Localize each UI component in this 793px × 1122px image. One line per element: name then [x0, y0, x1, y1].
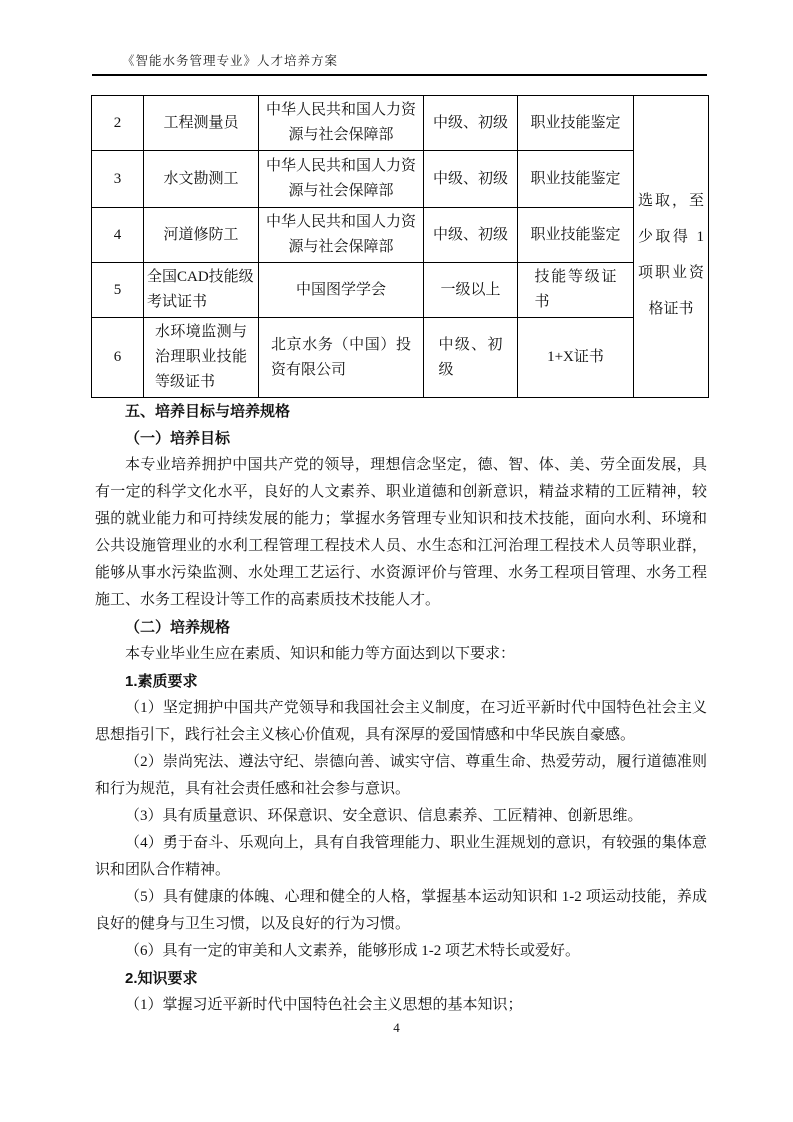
requirement-note-text: 选取，至少取得 1 项职业资格证书: [638, 183, 704, 327]
page-header: 《智能水务管理专业》人才培养方案: [92, 50, 707, 76]
quality-item: （1）坚定拥护中国共产党领导和我国社会主义制度，在习近平新时代中国特色社会主义思…: [95, 695, 707, 749]
cell-requirement-note: 选取，至少取得 1 项职业资格证书: [634, 96, 709, 398]
document-body: 五、培养目标与培养规格 （一）培养目标 本专业培养拥护中国共产党的领导，理想信念…: [95, 398, 707, 1019]
cell-certificate-name: 工程测量员: [144, 96, 259, 151]
cell-certificate-name: 水环境监测与治理职业技能等级证书: [144, 318, 259, 398]
certificate-type-text: 技能等级证书: [535, 265, 617, 315]
cell-row-number: 5: [92, 263, 144, 318]
cell-row-number: 4: [92, 208, 144, 263]
table-row: 3 水文勘测工 中华人民共和国人力资源与社会保障部 中级、初级 职业技能鉴定: [92, 151, 709, 208]
cell-row-number: 6: [92, 318, 144, 398]
cell-level: 中级、初级: [424, 318, 518, 398]
issuer-text: 北京水务（中国）投资有限公司: [271, 333, 411, 383]
cell-type: 1+X证书: [518, 318, 634, 398]
cell-issuer: 中华人民共和国人力资源与社会保障部: [259, 151, 424, 208]
cell-level: 中级、初级: [424, 151, 518, 208]
certificate-name-text: 水环境监测与治理职业技能等级证书: [155, 320, 247, 395]
training-objectives-paragraph: 本专业培养拥护中国共产党的领导，理想信念坚定，德、智、体、美、劳全面发展，具有一…: [95, 452, 707, 614]
table-row: 5 全国CAD技能级考试证书 中国图学学会 一级以上 技能等级证书: [92, 263, 709, 318]
table-row: 2 工程测量员 中华人民共和国人力资源与社会保障部 中级、初级 职业技能鉴定 选…: [92, 96, 709, 151]
knowledge-item: （1）掌握习近平新时代中国特色社会主义思想的基本知识；: [95, 992, 707, 1019]
quality-item: （4）勇于奋斗、乐观向上，具有自我管理能力、职业生涯规划的意识，有较强的集体意识…: [95, 830, 707, 884]
knowledge-requirements-heading: 2.知识要求: [95, 965, 707, 992]
header-title: 《智能水务管理专业》人才培养方案: [122, 50, 338, 70]
cell-type: 技能等级证书: [518, 263, 634, 318]
cell-level: 中级、初级: [424, 96, 518, 151]
certificates-table: 2 工程测量员 中华人民共和国人力资源与社会保障部 中级、初级 职业技能鉴定 选…: [91, 95, 709, 398]
cell-type: 职业技能鉴定: [518, 96, 634, 151]
quality-item: （5）具有健康的体魄、心理和健全的人格，掌握基本运动知识和 1-2 项运动技能，…: [95, 884, 707, 938]
table-row: 4 河道修防工 中华人民共和国人力资源与社会保障部 中级、初级 职业技能鉴定: [92, 208, 709, 263]
training-specs-intro: 本专业毕业生应在素质、知识和能力等方面达到以下要求：: [95, 641, 707, 668]
cell-issuer: 北京水务（中国）投资有限公司: [259, 318, 424, 398]
quality-item: （6）具有一定的审美和人文素养，能够形成 1-2 项艺术特长或爱好。: [95, 938, 707, 965]
cell-certificate-name: 全国CAD技能级考试证书: [144, 263, 259, 318]
cell-type: 职业技能鉴定: [518, 208, 634, 263]
cell-issuer: 中国图学学会: [259, 263, 424, 318]
subsection-heading-training-specs: （二）培养规格: [95, 614, 707, 641]
cell-row-number: 2: [92, 96, 144, 151]
cell-certificate-name: 河道修防工: [144, 208, 259, 263]
cell-issuer: 中华人民共和国人力资源与社会保障部: [259, 96, 424, 151]
subsection-heading-training-objectives: （一）培养目标: [95, 425, 707, 452]
level-text: 中级、初级: [439, 333, 503, 383]
quality-item: （3）具有质量意识、环保意识、安全意识、信息素养、工匠精神、创新思维。: [95, 803, 707, 830]
certificate-name-text: 全国CAD技能级考试证书: [147, 265, 255, 315]
cell-level: 一级以上: [424, 263, 518, 318]
section-heading: 五、培养目标与培养规格: [95, 398, 707, 425]
quality-requirements-heading: 1.素质要求: [95, 668, 707, 695]
cell-row-number: 3: [92, 151, 144, 208]
cell-issuer: 中华人民共和国人力资源与社会保障部: [259, 208, 424, 263]
table-row: 6 水环境监测与治理职业技能等级证书 北京水务（中国）投资有限公司 中级、初级 …: [92, 318, 709, 398]
cell-certificate-name: 水文勘测工: [144, 151, 259, 208]
quality-item: （2）崇尚宪法、遵法守纪、崇德向善、诚实守信、尊重生命、热爱劳动，履行道德准则和…: [95, 749, 707, 803]
document-page: 《智能水务管理专业》人才培养方案 2 工程测量员 中华人民共和国人力资源与社会保…: [0, 0, 793, 1122]
page-number: 4: [0, 1020, 793, 1036]
cell-type: 职业技能鉴定: [518, 151, 634, 208]
cell-level: 中级、初级: [424, 208, 518, 263]
